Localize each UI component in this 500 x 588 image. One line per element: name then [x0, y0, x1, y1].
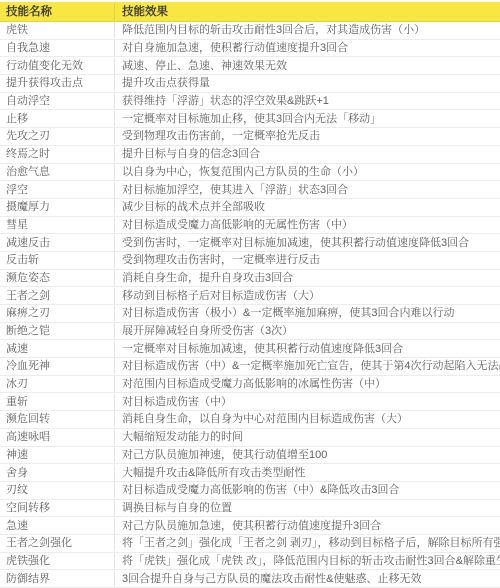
skill-effect-cell: 减速、停止、急速、神速效果无效 — [115, 58, 500, 74]
skill-name-cell: 王者之剑强化 — [0, 535, 115, 551]
table-row: 自动浮空获得维持「浮游」状态的浮空效果&跳跃+1 — [0, 93, 500, 111]
skill-effect-cell: 对己方队员施加神速，使其行动值增至100 — [115, 447, 500, 463]
skill-name-cell: 终焉之时 — [0, 146, 115, 162]
skill-effect-cell: 将「虎铁」强化成「虎铁 改」，降低范围内目标的斩击攻击耐性3回合&解除重生后对其… — [115, 553, 500, 569]
skill-effect-cell: 对目标造成伤害（中）&一定概率施加死亡宣告，使其于第4次行动起陷入无法战斗状态 — [115, 358, 500, 374]
skill-effect-cell: 3回合提升自身与己方队员的魔法攻击耐性&使魅惑、止移无效 — [115, 571, 500, 587]
table-row: 高速咏唱大幅缩短发动能力的时间 — [0, 429, 500, 447]
table-row: 终焉之时提升目标与自身的信念3回合 — [0, 146, 500, 164]
table-row: 摄魔厚力减少目标的战术点并全部吸收 — [0, 199, 500, 217]
skill-name-cell: 自动浮空 — [0, 93, 115, 109]
table-row: 反击斩受到物理攻击伤害时，一定概率进行反击 — [0, 252, 500, 270]
skill-effect-cell: 对目标造成伤害（极小）&一定概率施加麻痹，使其3回合内难以行动 — [115, 305, 500, 321]
skill-name-cell: 行动值变化无效 — [0, 58, 115, 74]
skill-effect-cell: 一定概率对目标施加止移，使其3回合内无法「移动」 — [115, 111, 500, 127]
table-row: 重斩对目标造成伤害（中） — [0, 393, 500, 411]
skill-effect-cell: 获得维持「浮游」状态的浮空效果&跳跃+1 — [115, 93, 500, 109]
skill-effect-cell: 受到物理攻击伤害前，一定概率抢先反击 — [115, 128, 500, 144]
skill-name-cell: 王者之剑 — [0, 288, 115, 304]
table-row: 浮空对目标施加浮空，使其进入「浮游」状态3回合 — [0, 181, 500, 199]
skill-name-cell: 治愈气息 — [0, 164, 115, 180]
skill-effect-cell: 对己方队员施加急速，使其积蓄行动值速度提升3回合 — [115, 518, 500, 534]
skill-effect-cell: 展开屏障减轻自身所受伤害（3次） — [115, 323, 500, 339]
table-row: 行动值变化无效减速、停止、急速、神速效果无效 — [0, 57, 500, 75]
skill-effect-cell: 对范围内目标造成受魔力高低影响的冰属性伤害（中） — [115, 376, 500, 392]
skill-effect-cell: 受到伤害时，一定概率对目标施加减速，使其积蓄行动值速度降低3回合 — [115, 235, 500, 251]
skill-effect-cell: 对目标造成受魔力高低影响的伤害（中）&降低攻击3回合 — [115, 482, 500, 498]
skill-name-cell: 刃纹 — [0, 482, 115, 498]
skill-name-cell: 急速 — [0, 518, 115, 534]
table-row: 濒危回转消耗自身生命，以自身为中心对范围内目标造成伤害（大） — [0, 411, 500, 429]
table-row: 减速反击受到伤害时，一定概率对目标施加减速，使其积蓄行动值速度降低3回合 — [0, 234, 500, 252]
skill-effect-cell: 对目标造成伤害（中） — [115, 394, 500, 410]
skill-effect-cell: 将「王者之剑」强化成「王者之剑 剥刃」，移动到目标格子后，解除目标所有强化效果后… — [115, 535, 500, 551]
skill-effect-cell: 提升目标与自身的信念3回合 — [115, 146, 500, 162]
table-row: 冰刃对范围内目标造成受魔力高低影响的冰属性伤害（中） — [0, 376, 500, 394]
skill-name-cell: 反击斩 — [0, 252, 115, 268]
skill-effect-cell: 大幅提升攻击&降低所有攻击类型耐性 — [115, 465, 500, 481]
skill-name-cell: 断绝之铠 — [0, 323, 115, 339]
table-row: 提升获得攻击点提升攻击点获得量 — [0, 75, 500, 93]
table-row: 急速对己方队员施加急速，使其积蓄行动值速度提升3回合 — [0, 517, 500, 535]
skill-name-cell: 提升获得攻击点 — [0, 75, 115, 91]
skill-effect-cell: 受到物理攻击伤害时，一定概率进行反击 — [115, 252, 500, 268]
skill-name-cell: 防御结界 — [0, 571, 115, 587]
skill-effect-cell: 降低范围内目标的斩击攻击耐性3回合后，对其造成伤害（小） — [115, 22, 500, 38]
table-row: 彗星对目标造成受魔力高低影响的无属性伤害（中） — [0, 217, 500, 235]
header-skill-effect: 技能效果 — [115, 4, 500, 20]
table-row: 虎铁降低范围内目标的斩击攻击耐性3回合后，对其造成伤害（小） — [0, 22, 500, 40]
skill-name-cell: 减速 — [0, 341, 115, 357]
skill-effect-cell: 一定概率对目标施加减速，使其积蓄行动值速度降低3回合 — [115, 341, 500, 357]
skill-name-cell: 止移 — [0, 111, 115, 127]
table-row: 虎铁强化将「虎铁」强化成「虎铁 改」，降低范围内目标的斩击攻击耐性3回合&解除重… — [0, 553, 500, 571]
skill-name-cell: 冰刃 — [0, 376, 115, 392]
table-row: 麻痹之刃对目标造成伤害（极小）&一定概率施加麻痹，使其3回合内难以行动 — [0, 305, 500, 323]
skill-name-cell: 虎铁强化 — [0, 553, 115, 569]
skill-name-cell: 空间转移 — [0, 500, 115, 516]
table-header-row: 技能名称 技能效果 — [0, 2, 500, 22]
table-row: 冷血死神对目标造成伤害（中）&一定概率施加死亡宣告，使其于第4次行动起陷入无法战… — [0, 358, 500, 376]
skill-name-cell: 麻痹之刃 — [0, 305, 115, 321]
table-row: 神速对己方队员施加神速，使其行动值增至100 — [0, 447, 500, 465]
skill-name-cell: 濒危回转 — [0, 411, 115, 427]
table-row: 自我急速对自身施加急速，使积蓄行动值速度提升3回合 — [0, 40, 500, 58]
skill-effect-cell: 消耗自身生命，以自身为中心对范围内目标造成伤害（大） — [115, 411, 500, 427]
skill-effect-cell: 减少目标的战术点并全部吸收 — [115, 199, 500, 215]
table-row: 刃纹对目标造成受魔力高低影响的伤害（中）&降低攻击3回合 — [0, 482, 500, 500]
skill-effect-cell: 对目标施加浮空，使其进入「浮游」状态3回合 — [115, 182, 500, 198]
skill-name-cell: 摄魔厚力 — [0, 199, 115, 215]
skill-name-cell: 先攻之刃 — [0, 128, 115, 144]
skill-table: 技能名称 技能效果 虎铁降低范围内目标的斩击攻击耐性3回合后，对其造成伤害（小）… — [0, 2, 500, 588]
table-row: 止移一定概率对目标施加止移，使其3回合内无法「移动」 — [0, 110, 500, 128]
skill-effect-cell: 大幅缩短发动能力的时间 — [115, 429, 500, 445]
skill-name-cell: 减速反击 — [0, 235, 115, 251]
table-row: 王者之剑移动到目标格子后对目标造成伤害（大） — [0, 287, 500, 305]
skill-name-cell: 虎铁 — [0, 22, 115, 38]
table-row: 王者之剑强化将「王者之剑」强化成「王者之剑 剥刃」，移动到目标格子后，解除目标所… — [0, 535, 500, 553]
skill-effect-cell: 提升攻击点获得量 — [115, 75, 500, 91]
table-row: 先攻之刃受到物理攻击伤害前，一定概率抢先反击 — [0, 128, 500, 146]
table-body: 虎铁降低范围内目标的斩击攻击耐性3回合后，对其造成伤害（小）自我急速对自身施加急… — [0, 22, 500, 588]
skill-name-cell: 彗星 — [0, 217, 115, 233]
table-row: 断绝之铠展开屏障减轻自身所受伤害（3次） — [0, 323, 500, 341]
skill-name-cell: 冷血死神 — [0, 358, 115, 374]
skill-effect-cell: 调换目标与自身的位置 — [115, 500, 500, 516]
skill-name-cell: 高速咏唱 — [0, 429, 115, 445]
skill-name-cell: 舍身 — [0, 465, 115, 481]
skill-effect-cell: 移动到目标格子后对目标造成伤害（大） — [115, 288, 500, 304]
skill-table-page: 技能名称 技能效果 虎铁降低范围内目标的斩击攻击耐性3回合后，对其造成伤害（小）… — [0, 0, 500, 588]
table-row: 空间转移调换目标与自身的位置 — [0, 500, 500, 518]
skill-effect-cell: 以自身为中心，恢复范围内己方队员的生命（小） — [115, 164, 500, 180]
table-row: 濒危姿态消耗自身生命，提升自身攻击3回合 — [0, 270, 500, 288]
skill-name-cell: 神速 — [0, 447, 115, 463]
table-row: 减速一定概率对目标施加减速，使其积蓄行动值速度降低3回合 — [0, 340, 500, 358]
skill-effect-cell: 对目标造成受魔力高低影响的无属性伤害（中） — [115, 217, 500, 233]
header-skill-name: 技能名称 — [0, 4, 115, 20]
skill-name-cell: 自我急速 — [0, 40, 115, 56]
skill-name-cell: 浮空 — [0, 182, 115, 198]
skill-name-cell: 重斩 — [0, 394, 115, 410]
skill-effect-cell: 消耗自身生命，提升自身攻击3回合 — [115, 270, 500, 286]
table-row: 治愈气息以自身为中心，恢复范围内己方队员的生命（小） — [0, 164, 500, 182]
table-row: 防御结界3回合提升自身与己方队员的魔法攻击耐性&使魅惑、止移无效 — [0, 570, 500, 588]
skill-name-cell: 濒危姿态 — [0, 270, 115, 286]
table-row: 舍身大幅提升攻击&降低所有攻击类型耐性 — [0, 464, 500, 482]
skill-effect-cell: 对自身施加急速，使积蓄行动值速度提升3回合 — [115, 40, 500, 56]
